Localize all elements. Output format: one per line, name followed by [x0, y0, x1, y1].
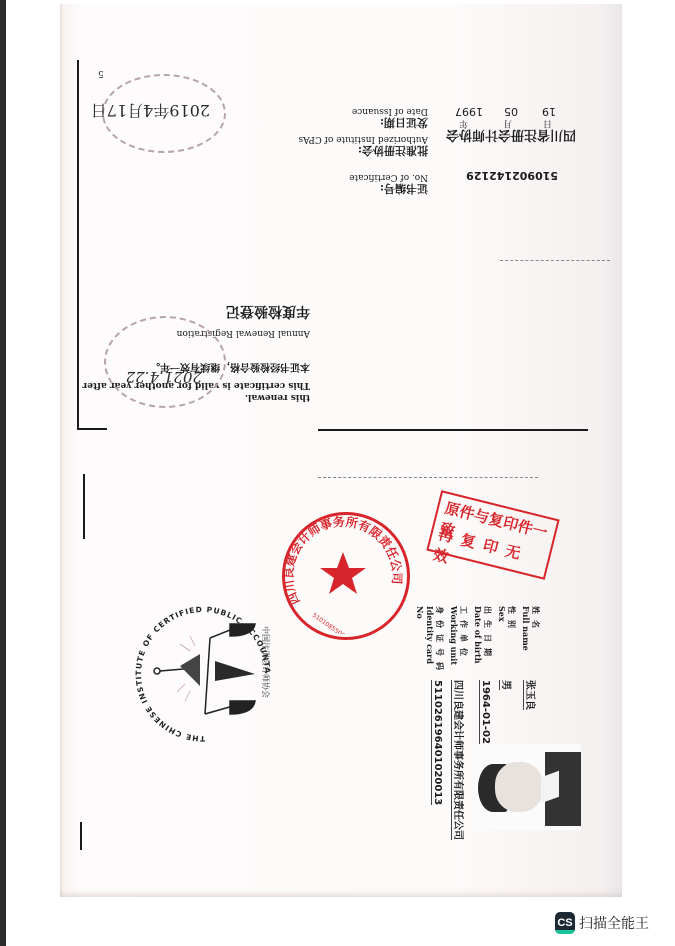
page-mark: 5 [98, 68, 104, 78]
lower-card-top-border [318, 477, 538, 479]
id-field-label: 性别Sex [497, 606, 517, 676]
svg-text:THE CHINESE INSTITUTE OF CERTI: THE CHINESE INSTITUTE OF CERTIFIED PUBLI… [135, 596, 272, 743]
renewal-note-en-2: this renewal. [245, 392, 310, 402]
svg-text:5101085508085: 5101085508085 [311, 612, 356, 634]
upper-card-bottom-border-left [77, 428, 107, 430]
id-field-value: 四川良建会计师事务所有限责任公司 [451, 680, 467, 840]
upper-card-fold-line [500, 260, 610, 262]
id-field-row: 身份证号码Identity card No511026196401020013 [423, 606, 445, 806]
camscanner-label: 扫描全能王 [579, 913, 649, 933]
firm-seal: 四川良建会计师事务所有限责任公司 5101085508085 [282, 512, 410, 640]
renewal-title-cn: 年度检验登记 [226, 302, 310, 322]
date-month-unit: 月 [503, 118, 512, 131]
id-field-value: 男 [499, 680, 515, 690]
id-field-label: 姓名Full name [521, 606, 541, 676]
cicpa-logo: THE CHINESE INSTITUTE OF CERTIFIED PUBLI… [135, 596, 275, 746]
lower-card-left-border-top [83, 474, 85, 539]
svg-text:中国注册会计师协会: 中国注册会计师协会 [261, 626, 271, 698]
camscanner-logo-icon: CS [555, 912, 575, 934]
cert-no-value: 510902142129 [466, 169, 558, 182]
id-field-label: 工作单位Working unit [449, 606, 469, 676]
scanned-page: 5 2019年4月17日 证书编号: No. of Certificate 51… [60, 4, 622, 897]
id-field-value: 1964-01-02 [479, 680, 491, 744]
id-field-row: 工作单位Working unit四川良建会计师事务所有限责任公司 [447, 606, 469, 806]
id-field-label: 出生日期Date of birth [473, 606, 493, 676]
issuance-info: 证书编号: No. of Certificate 510902142129 批准… [328, 104, 578, 199]
top-stamp-date: 2019年4月17日 [91, 100, 210, 123]
date-label: 发证日期: [380, 115, 428, 131]
cert-no-label: 证书编号: [380, 181, 428, 197]
portrait-photo [473, 744, 581, 830]
date-day: 19 [542, 105, 556, 118]
authority-label-en: Authorized Institute of CPAs [298, 134, 428, 144]
copy-verification-stamp: 原件与复印件一致 再复印无效 [426, 490, 559, 580]
cert-no-label-en: No. of Certificate [349, 172, 428, 182]
authority-label: 批准注册协会: [358, 143, 428, 159]
date-day-unit: 日 [543, 118, 552, 131]
date-month: 05 [504, 105, 518, 118]
date-label-en: Date of Issuance [352, 106, 428, 116]
upper-card-bottom-border [318, 429, 588, 431]
upper-card-left-border [77, 60, 79, 430]
inspection-stamp-top: 2019年4月17日 [102, 74, 226, 153]
id-fields: 姓名Full name张玉良性别Sex男出生日期Date of birth196… [541, 606, 542, 607]
id-field-value: 511026196401020013 [431, 680, 443, 805]
date-year-unit: 年 [459, 118, 468, 131]
lower-card-left-border-bottom [80, 822, 82, 850]
left-window-edge [0, 0, 6, 946]
renewal-stamp: 2021.4.22 [104, 316, 226, 408]
id-field-value: 张玉良 [523, 680, 539, 710]
id-field-label: 身份证号码Identity card No [415, 606, 445, 676]
renewal-stamp-handwriting: 2021.4.22 [126, 368, 202, 386]
date-year: 1997 [455, 105, 483, 118]
camscanner-watermark: CS 扫描全能王 [555, 912, 649, 934]
